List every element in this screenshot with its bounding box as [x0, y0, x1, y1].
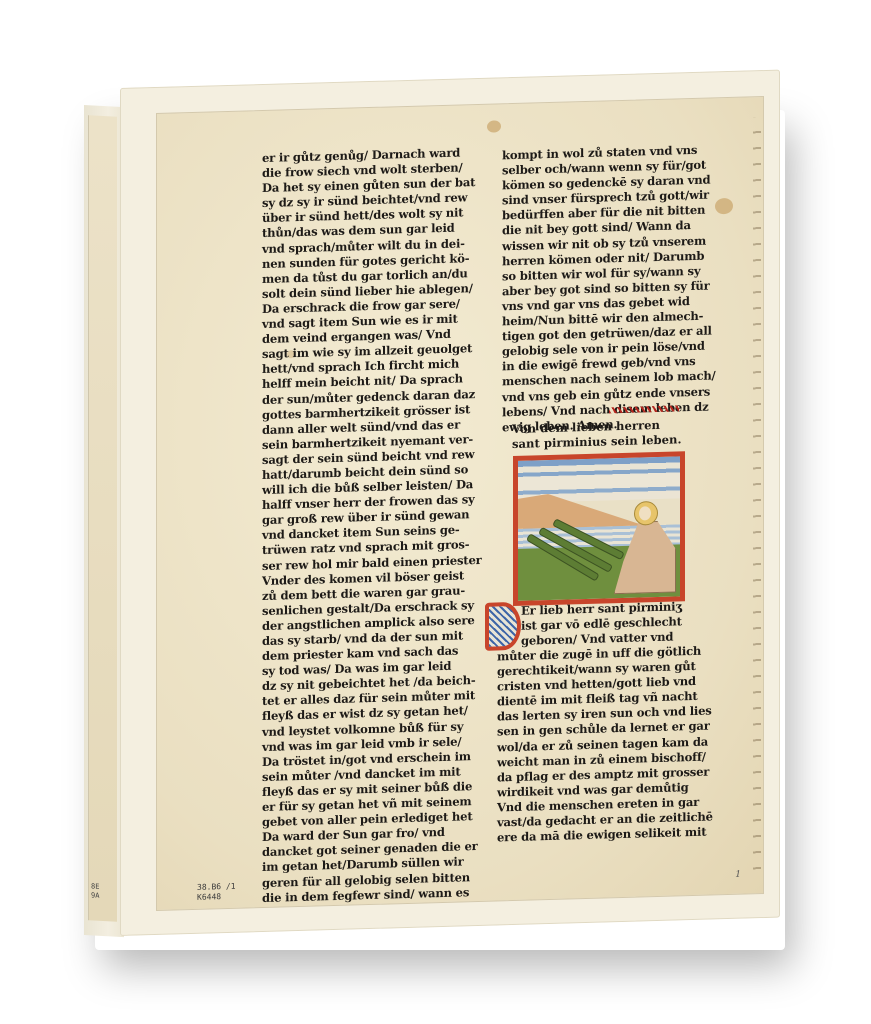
canvas-print: er ir gůtz genůg/ Darnach ward die frow … — [120, 70, 780, 936]
decorated-initial — [479, 602, 513, 647]
folio-mark: 1 — [735, 870, 741, 880]
book-leaf: er ir gůtz genůg/ Darnach ward die frow … — [156, 96, 764, 911]
side-inventory-note: 8E 9A — [91, 882, 99, 900]
chapter-heading: Von dem lieben herren sant pirminius sei… — [512, 417, 681, 452]
canvas-side-edge: 8E 9A — [84, 105, 124, 937]
worn-right-edge — [753, 117, 761, 873]
side-wrap-art: 8E 9A — [88, 115, 117, 922]
saint-figure — [614, 501, 674, 593]
foxing-stain — [715, 198, 733, 215]
woodcut-illustration-saint-pirminius — [513, 451, 685, 606]
right-text-column-bottom: Er lieb herr sant pirminiʒ ist gar vō ed… — [521, 599, 682, 649]
right-text-column-top: kompt in wol zů staten vnd vns selber oc… — [502, 142, 716, 435]
robe — [614, 520, 676, 594]
left-text-column: er ir gůtz genůg/ Darnach ward die frow … — [262, 145, 482, 906]
right-text-column-bottom-cont: můter die zugē in uff die götlich gerech… — [497, 643, 713, 845]
initial-d-icon — [485, 602, 521, 651]
inventory-note: 38.B6 /1 K6448 — [197, 882, 236, 903]
foxing-stain — [487, 120, 501, 132]
